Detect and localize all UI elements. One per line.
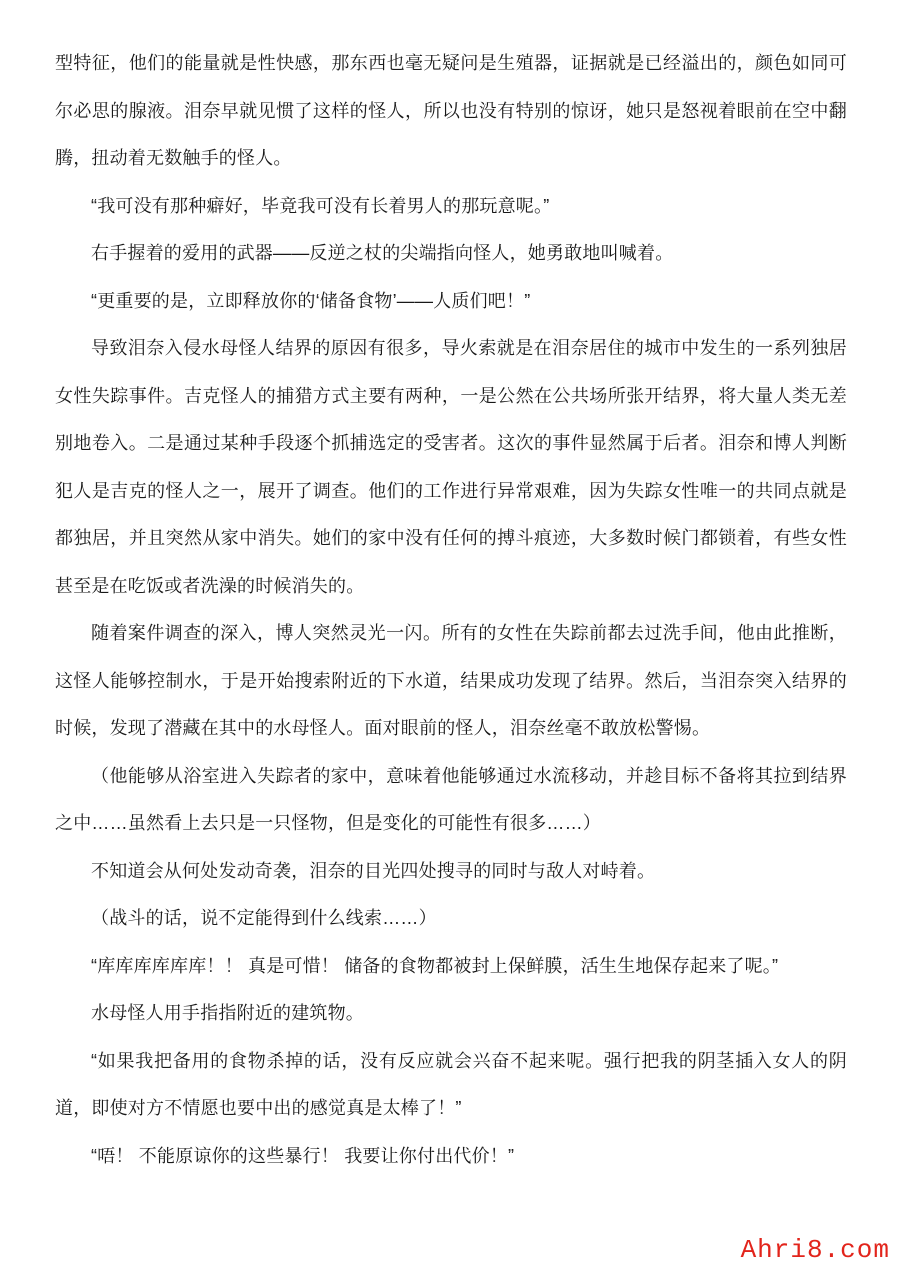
paragraph-13: “唔！ 不能原谅你的这些暴行！ 我要让你付出代价！” [55, 1133, 847, 1181]
paragraph-5: 导致泪奈入侵水母怪人结界的原因有很多，导火索就是在泪奈居住的城市中发生的一系列独… [55, 325, 847, 610]
paragraph-1: 型特征，他们的能量就是性快感，那东西也毫无疑问是生殖器，证据就是已经溢出的，颜色… [55, 40, 847, 183]
paragraph-7: （他能够从浴室进入失踪者的家中，意味着他能够通过水流移动，并趁目标不备将其拉到结… [55, 753, 847, 848]
paragraph-9: （战斗的话，说不定能得到什么线索……） [55, 895, 847, 943]
site-watermark: Ahri8.com [741, 1235, 890, 1265]
paragraph-2: “我可没有那种癖好，毕竟我可没有长着男人的那玩意呢。” [55, 183, 847, 231]
paragraph-8: 不知道会从何处发动奇袭，泪奈的目光四处搜寻的同时与敌人对峙着。 [55, 848, 847, 896]
document-page: 型特征，他们的能量就是性快感，那东西也毫无疑问是生殖器，证据就是已经溢出的，颜色… [0, 0, 900, 1273]
paragraph-4: “更重要的是，立即释放你的‘储备食物’——人质们吧！” [55, 278, 847, 326]
paragraph-12: “如果我把备用的食物杀掉的话，没有反应就会兴奋不起来呢。强行把我的阴茎插入女人的… [55, 1038, 847, 1133]
body-text: 型特征，他们的能量就是性快感，那东西也毫无疑问是生殖器，证据就是已经溢出的，颜色… [55, 40, 847, 1180]
paragraph-10: “库库库库库库！！ 真是可惜！ 储备的食物都被封上保鲜膜，活生生地保存起来了呢。… [55, 943, 847, 991]
paragraph-3: 右手握着的爱用的武器——反逆之杖的尖端指向怪人，她勇敢地叫喊着。 [55, 230, 847, 278]
paragraph-11: 水母怪人用手指指附近的建筑物。 [55, 990, 847, 1038]
paragraph-6: 随着案件调查的深入，博人突然灵光一闪。所有的女性在失踪前都去过洗手间，他由此推断… [55, 610, 847, 753]
